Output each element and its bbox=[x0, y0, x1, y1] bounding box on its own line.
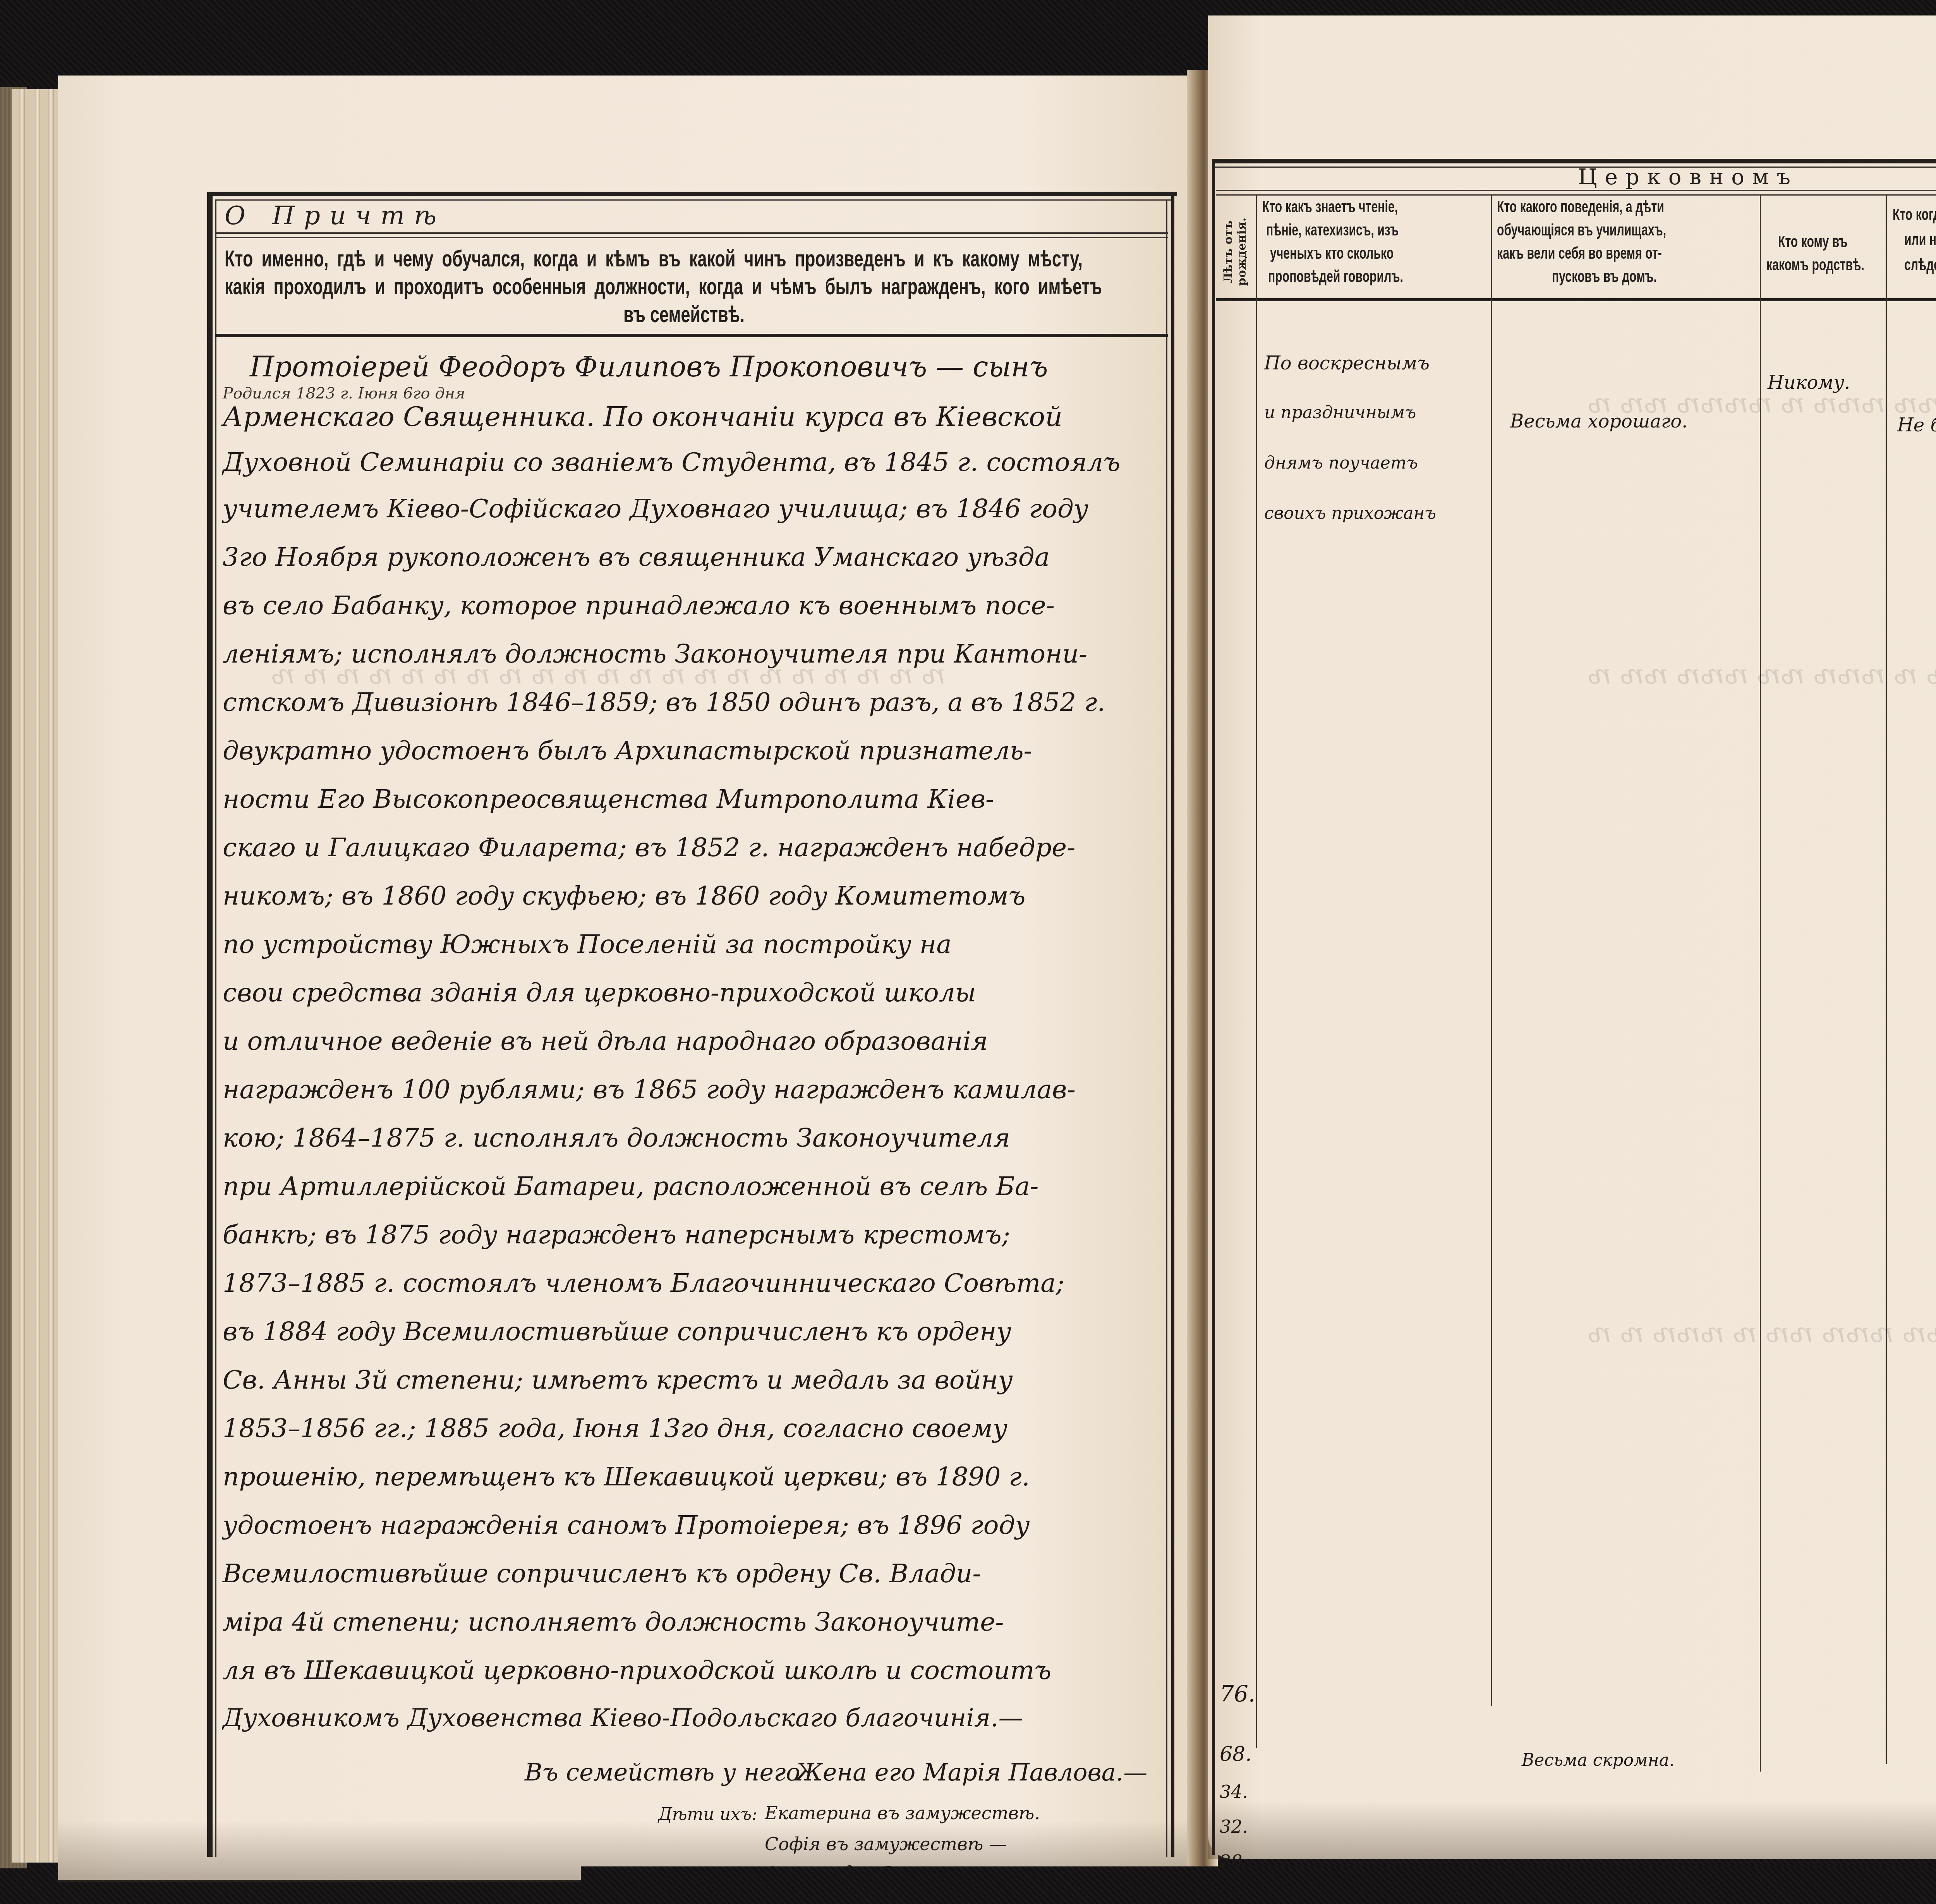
entry-line: при Артиллерійской Батареи, расположенно… bbox=[223, 1171, 1038, 1201]
header-line: пусковъ въ домъ. bbox=[1552, 267, 1657, 286]
entry-line: кою; 1864–1875 г. исполнялъ должность За… bbox=[223, 1123, 1010, 1153]
entry-line: въ село Бабанку, которое принадлежало къ… bbox=[223, 591, 1055, 620]
entry-line: прошенію, перемѣщенъ къ Шекавицкой церкв… bbox=[223, 1462, 1030, 1492]
behavior-entry: Весьма хорошаго. bbox=[1510, 410, 1687, 432]
family-wife: Жена его Марія Павлова.— bbox=[796, 1758, 1147, 1786]
left-header-line-1: Кто именно, гдѣ и чему обучался, когда и… bbox=[225, 245, 1083, 272]
knowledge-line: днямъ поучаетъ bbox=[1264, 453, 1418, 473]
entry-line: Духовной Семинаріи со званіемъ Студента,… bbox=[223, 447, 1120, 477]
entry-line: стскомъ Дивизіонѣ 1846–1859; въ 1850 оди… bbox=[223, 687, 1105, 717]
entry-line: по устройству Южныхъ Поселеній за постро… bbox=[223, 929, 952, 959]
entry-line: свои средства зданія для церковно-приход… bbox=[223, 978, 976, 1008]
family-label: Въ семействѣ у него bbox=[525, 1758, 800, 1786]
header-behavior: Кто какого поведенія, а дѣти обучающіяся… bbox=[1494, 197, 1759, 298]
knowledge-line: своихъ прихожанъ bbox=[1264, 503, 1436, 523]
bottom-cloth bbox=[581, 1866, 1936, 1904]
left-section-title: О Причтѣ bbox=[225, 201, 446, 230]
entry-line: никомъ; въ 1860 году скуфьею; въ 1860 го… bbox=[223, 881, 1025, 911]
left-header-line-3: въ семействѣ. bbox=[623, 301, 745, 328]
entry-line: леніямъ; исполнялъ должность Законоучите… bbox=[223, 639, 1087, 669]
left-table-left-border bbox=[207, 192, 213, 1857]
header-line: Кто какого поведенія, а дѣти bbox=[1497, 197, 1664, 216]
col-divider-behavior bbox=[1760, 196, 1761, 1772]
kinship-entry: Никому. bbox=[1768, 372, 1850, 393]
family-child: Екатерина въ замужествѣ. bbox=[765, 1803, 1040, 1823]
entry-line: ности Его Высокопреосвященства Митрополи… bbox=[223, 784, 994, 814]
header-line: какомъ родствѣ. bbox=[1766, 256, 1864, 274]
right-table-left-border bbox=[1212, 159, 1215, 1855]
header-line: слѣдствіемъ или судомъ. bbox=[1904, 256, 1936, 274]
col-divider-kinship bbox=[1886, 196, 1887, 1764]
right-section-title: Церковномъ bbox=[1216, 165, 1936, 190]
right-table-top-rule bbox=[1212, 159, 1936, 163]
bleed-through: ѣ ѣѣ ѣѣѣ ѣѣ ѣ ѣѣѣ ѣ ѣ bbox=[1588, 1317, 1936, 1348]
header-line: обучающіяся въ училищахъ, bbox=[1497, 221, 1666, 239]
entry-line: двукратно удостоенъ былъ Архипастырской … bbox=[223, 736, 1032, 766]
left-table-left-inner-border bbox=[215, 199, 216, 1857]
penalties-line: Не былъ и bbox=[1897, 414, 1936, 436]
family-child: Софія въ замужествѣ — bbox=[765, 1834, 1007, 1854]
header-line: проповѣдей говорилъ. bbox=[1268, 267, 1403, 286]
header-kinship: Кто кому въ какомъ родствѣ. bbox=[1763, 197, 1886, 298]
header-age-label: Лѣтъ отъ рожденія. bbox=[1222, 201, 1249, 298]
entry-line: 1853–1856 гг.; 1885 года, Іюня 13го дня,… bbox=[223, 1413, 1007, 1443]
header-knowledge: Кто какъ знаетъ чтеніе, пѣніе, катехизис… bbox=[1258, 197, 1491, 298]
entry-line: награжденъ 100 рублями; въ 1865 году наг… bbox=[223, 1075, 1076, 1104]
age-value: 76. bbox=[1220, 1681, 1255, 1707]
right-title-row-rule-2 bbox=[1216, 194, 1936, 196]
header-line: Кто какъ знаетъ чтеніе, bbox=[1262, 197, 1398, 216]
age-value: 34. bbox=[1220, 1781, 1248, 1802]
entry-line: міра 4й степени; исполняетъ должность За… bbox=[223, 1607, 1004, 1637]
header-line: какъ вели себя во время от- bbox=[1497, 244, 1662, 263]
entry-line: Протоіерей Феодоръ Филиповъ Прокоповичъ … bbox=[250, 350, 1048, 383]
entry-line: скаго и Галицкаго Филарета; въ 1852 г. н… bbox=[223, 833, 1075, 862]
col-divider-knowledge bbox=[1491, 196, 1492, 1706]
left-header-bottom-rule bbox=[215, 334, 1168, 337]
entry-line: банкѣ; въ 1875 году награжденъ наперсным… bbox=[223, 1220, 1010, 1250]
right-header-bottom-rule bbox=[1216, 298, 1936, 301]
header-penalties: Кто когда былъ штрафованъ или не состоял… bbox=[1889, 197, 1936, 298]
wife-behavior-entry: Весьма скромна. bbox=[1522, 1750, 1675, 1770]
right-title-row-rule bbox=[1216, 190, 1936, 191]
bleed-through: ѣѣ ѣѣѣ ѣ ѣѣѣ ѣѣ ѣѣѣ ѣѣ ѣ bbox=[1588, 658, 1936, 690]
entry-line: 1873–1885 г. состоялъ членомъ Благочинни… bbox=[223, 1268, 1064, 1298]
entry-line: въ 1884 году Всемилостивѣйше сопричислен… bbox=[223, 1317, 1011, 1346]
header-age: Лѣтъ отъ рожденія. bbox=[1216, 196, 1255, 298]
age-value: 32. bbox=[1220, 1816, 1248, 1837]
entry-line: ля въ Шекавицкой церковно-приходской шко… bbox=[223, 1655, 1051, 1685]
header-line: или не состоялъ ли подъ bbox=[1904, 230, 1936, 249]
entry-line: Арменскаго Священника. По окончаніи курс… bbox=[223, 401, 1062, 433]
entry-line: и отличное веденіе въ ней дѣла народнаго… bbox=[223, 1026, 988, 1056]
col-divider-age bbox=[1256, 196, 1257, 1748]
entry-line: Св. Анны 3й степени; имѣетъ крестъ и мед… bbox=[223, 1365, 1013, 1395]
right-page-bottom-shadow bbox=[1208, 1801, 1936, 1859]
age-value: 68. bbox=[1220, 1743, 1252, 1766]
knowledge-line: и праздничнымъ bbox=[1264, 403, 1416, 422]
left-table-right-inner-border bbox=[1166, 199, 1167, 1857]
header-line: Кто когда былъ штрафованъ bbox=[1893, 205, 1936, 224]
left-title-row-rule-2 bbox=[215, 237, 1168, 238]
entry-line: Всемилостивѣйше сопричисленъ къ ордену С… bbox=[223, 1559, 981, 1588]
left-table-right-border bbox=[1171, 192, 1174, 1857]
family-children-label: Дѣти ихъ: bbox=[658, 1804, 757, 1824]
entry-line: удостоенъ награжденія саномъ Протоіерея;… bbox=[223, 1510, 1030, 1540]
knowledge-line: По воскреснымъ bbox=[1264, 352, 1430, 374]
left-header-line-2: какія проходилъ и проходитъ особенныя до… bbox=[225, 273, 1102, 300]
entry-line: 3го Ноября рукоположенъ въ священника Ум… bbox=[223, 542, 1050, 572]
header-line: Кто кому въ bbox=[1778, 232, 1848, 251]
entry-line: Духовникомъ Духовенства Кіево-Подольскаг… bbox=[223, 1704, 1023, 1732]
header-line: пѣніе, катехизисъ, изъ bbox=[1266, 221, 1399, 239]
birth-margin-note: Родился 1823 г. Іюня 6го дня bbox=[223, 385, 465, 402]
entry-line: учителемъ Кіево-Софійскаго Духовнаго учи… bbox=[223, 494, 1088, 524]
left-table-top-rule bbox=[207, 192, 1177, 196]
left-column-header: Кто именно, гдѣ и чему обучался, когда и… bbox=[221, 242, 1165, 333]
left-title-row-rule bbox=[215, 232, 1168, 234]
header-line: ученыхъ кто сколько bbox=[1270, 244, 1394, 263]
